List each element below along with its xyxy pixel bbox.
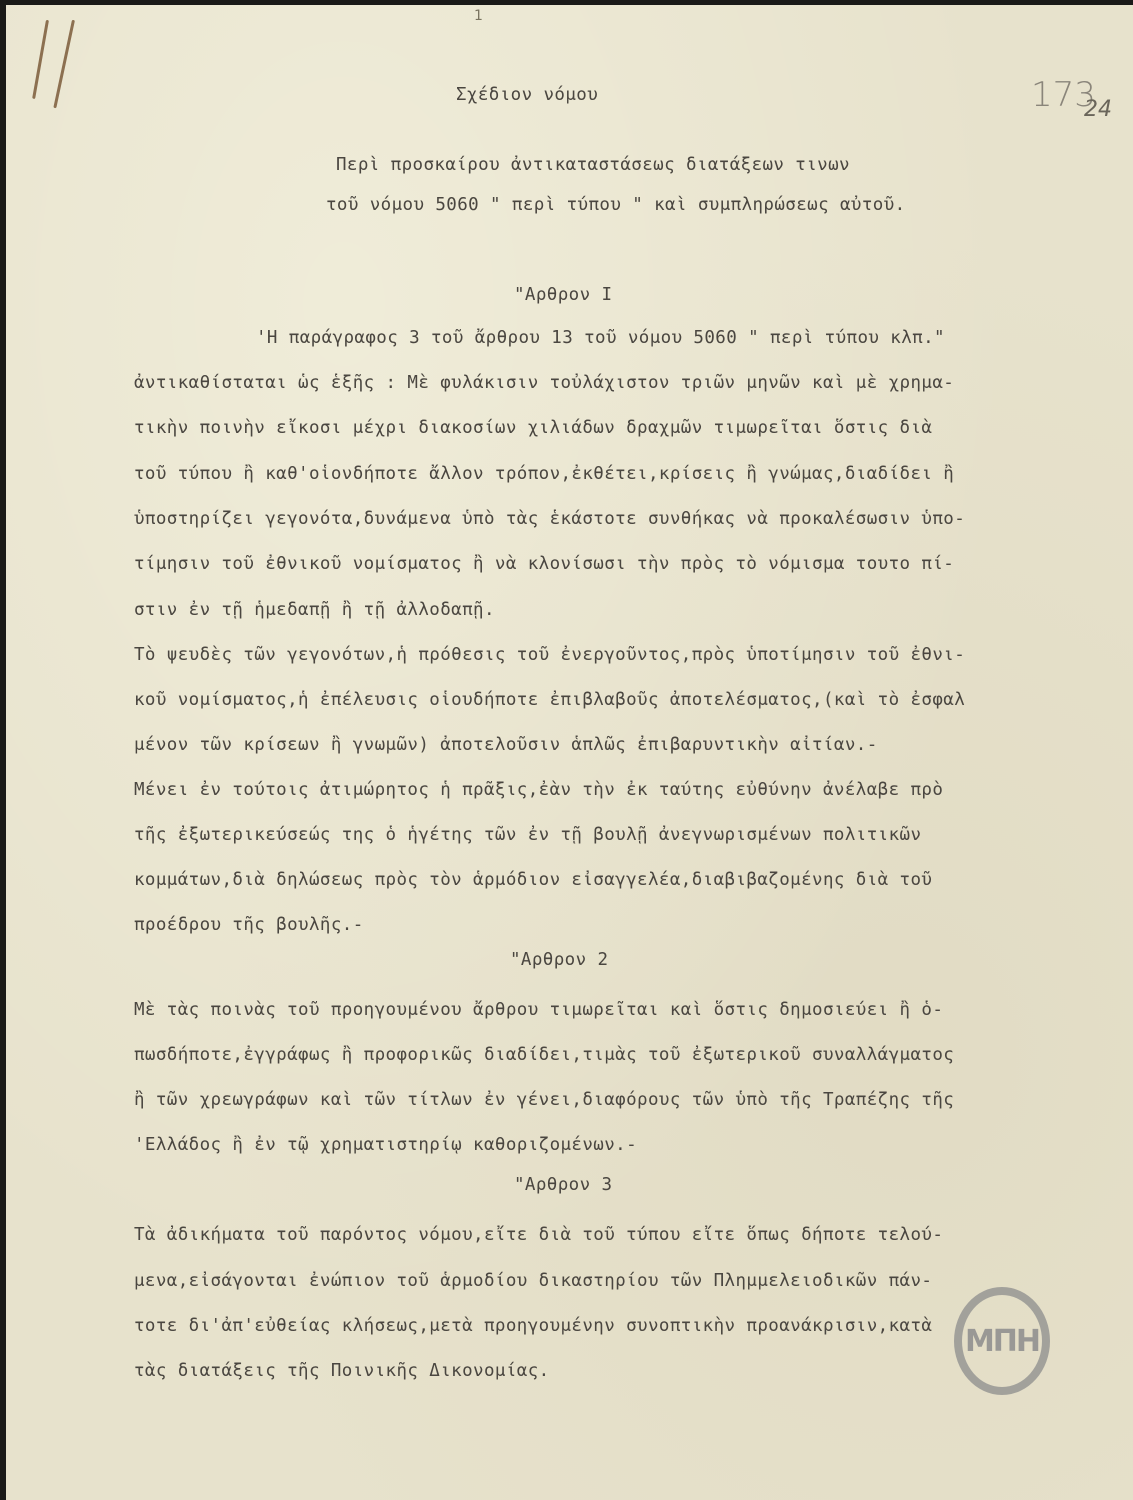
document-title: Σχέδιον νόμου <box>456 85 598 105</box>
text-line: ὑποστηρίζει γεγονότα,δυνάμενα ὑπὸ τὰς ἑκ… <box>134 509 965 529</box>
text-line: Τὸ ψευδὲς τῶν γεγονότων,ἡ πρόθεσις τοῦ ἐ… <box>134 645 965 665</box>
text-line: κοῦ νομίσματος,ἡ ἐπέλευσις οἱουδήποτε ἐπ… <box>134 690 965 710</box>
text-line: τίμησιν τοῦ ἐθνικοῦ νομίσματος ἢ νὰ κλον… <box>134 554 954 574</box>
pencil-stroke <box>32 20 49 99</box>
text-line: πωσδήποτε,ἐγγράφως ἢ προφορικῶς διαδίδει… <box>134 1045 954 1065</box>
article-heading: "Αρθρον Ι <box>514 285 612 305</box>
text-line: μενα,εἰσάγονται ἐνώπιον τοῦ ἁρμοδίου δικ… <box>134 1271 932 1291</box>
text-line: ἢ τῶν χρεωγράφων καὶ τῶν τίτλων ἐν γένει… <box>134 1090 954 1110</box>
subtitle-line: τοῦ νόμου 5060 " περὶ τύπου " καὶ συμπλη… <box>326 195 906 215</box>
text-line: τὰς διατάξεις τῆς Ποινικῆς Δικονομίας. <box>134 1361 550 1381</box>
page-sub-number: 24 <box>1084 97 1112 122</box>
text-line: τῆς ἐξωτερικεύσεώς της ὁ ἡγέτης τῶν ἐν τ… <box>134 825 921 845</box>
text-line: στιν ἐν τῇ ἡμεδαπῇ ἢ τῇ ἀλλοδαπῇ. <box>134 600 495 620</box>
text-line: προέδρου τῆς βουλῆς.- <box>134 915 364 935</box>
text-line: Μὲ τὰς ποινὰς τοῦ προηγουμένου ἄρθρου τι… <box>134 1000 943 1020</box>
text-line: μένον τῶν κρίσεων ἢ γνωμῶν) ἀποτελοῦσιν … <box>134 735 878 755</box>
text-line: Τὰ ἀδικήματα τοῦ παρόντος νόμου,εἴτε διὰ… <box>134 1225 943 1245</box>
subtitle-line: Περὶ προσκαίρου ἀντικαταστάσεως διατάξεω… <box>336 155 850 175</box>
pencil-stroke <box>53 20 75 109</box>
article-heading: "Αρθρον 2 <box>510 950 608 970</box>
stamp-text: ΜΠΗ <box>965 1324 1039 1359</box>
archive-stamp: ΜΠΗ <box>954 1287 1050 1395</box>
text-line: ἀντικαθίσταται ὡς ἑξῆς : Μὲ φυλάκισιν το… <box>134 373 954 393</box>
text-line: κομμάτων,διὰ δηλώσεως πρὸς τὸν ἁρμόδιον … <box>134 870 932 890</box>
top-pencil-mark: 1 <box>474 8 483 24</box>
text-line: 'Η παράγραφος 3 τοῦ ἄρθρου 13 τοῦ νόμου … <box>256 328 945 348</box>
article-heading: "Αρθρον 3 <box>514 1175 612 1195</box>
text-line: Μένει ἐν τούτοις ἀτιμώρητος ἡ πρᾶξις,ἐὰν… <box>134 780 943 800</box>
document-page: 1 173 24 Σχέδιον νόμου Περὶ προσκαίρου ἀ… <box>6 5 1133 1500</box>
text-line: τοῦ τύπου ἢ καθ'οἱονδήποτε ἄλλον τρόπον,… <box>134 464 954 484</box>
text-line: 'Ελλάδος ἢ ἐν τῷ χρηματιστηρίῳ καθοριζομ… <box>134 1135 637 1155</box>
text-line: τοτε δι'ἀπ'εὐθείας κλήσεως,μετὰ προηγουμ… <box>134 1316 932 1336</box>
text-line: τικὴν ποινὴν εἴκοσι μέχρι διακοσίων χιλι… <box>134 418 932 438</box>
